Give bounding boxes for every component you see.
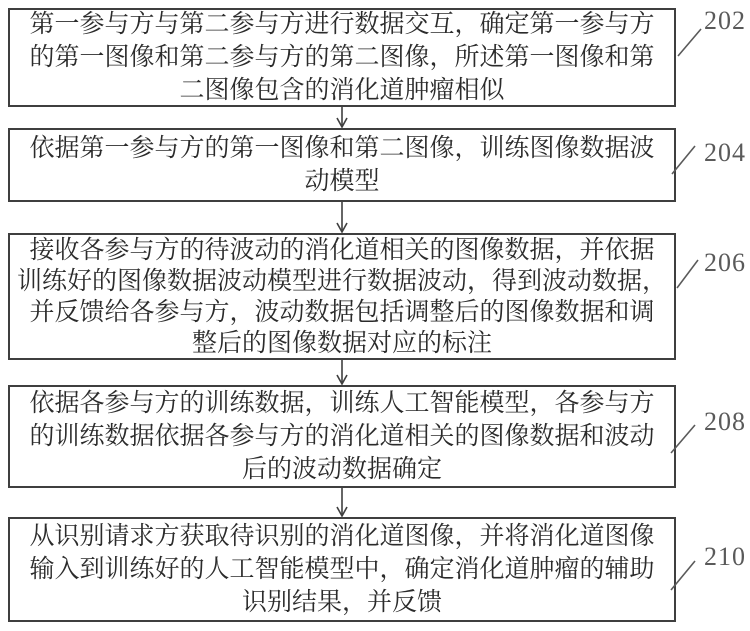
step-text-line: 的训练数据依据各参与方的消化道相关的图像数据和波动 — [29, 420, 654, 453]
flow-arrow-3 — [337, 360, 347, 384]
step-text-line: 二图像包含的消化道肿瘤相似 — [179, 74, 504, 107]
step-text-line: 动模型 — [304, 165, 379, 198]
step-number-204: 204 — [704, 140, 750, 166]
step-text-line: 接收各参与方的待波动的消化道相关的图像数据，并依据 — [29, 235, 654, 266]
flow-step-208-box: 依据各参与方的训练数据，训练人工智能模型，各参与方 的训练数据依据各参与方的消化… — [8, 385, 676, 488]
step-text-line: 第一参与方与第二参与方进行数据交互，确定第一参与方 — [29, 8, 654, 41]
step-text-line: 依据各参与方的训练数据，训练人工智能模型，各参与方 — [29, 387, 654, 420]
step-text-line: 识别结果，并反馈 — [242, 586, 442, 619]
flow-step-206-box: 接收各参与方的待波动的消化道相关的图像数据，并依据 训练好的图像数据波动模型进行… — [8, 233, 676, 360]
flow-arrow-2 — [337, 202, 347, 232]
step-text-line: 训练好的图像数据波动模型进行数据波动，得到波动数据， — [17, 266, 667, 297]
step-number-206: 206 — [704, 250, 750, 276]
flow-step-202-box: 第一参与方与第二参与方进行数据交互，确定第一参与方 的第一图像和第二参与方的第二… — [8, 8, 676, 107]
flow-step-204-box: 依据第一参与方的第一图像和第二图像，训练图像数据波 动模型 — [8, 128, 676, 202]
step-text-line: 后的波动数据确定 — [242, 453, 442, 486]
step-text-line: 整后的图像数据对应的标注 — [192, 328, 492, 359]
leader-line-206 — [677, 260, 698, 288]
step-text-line: 输入到训练好的人工智能模型中，确定消化道肿瘤的辅助 — [29, 553, 654, 586]
leader-line-202 — [678, 29, 701, 56]
step-number-208: 208 — [704, 409, 750, 435]
step-text-line: 并反馈给各参与方，波动数据包括调整后的图像数据和调 — [29, 297, 654, 328]
flow-arrow-1 — [337, 107, 347, 127]
step-text-line: 从识别请求方获取待识别的消化道图像，并将消化道图像 — [29, 520, 654, 553]
step-number-202: 202 — [704, 8, 750, 34]
step-text-line: 依据第一参与方的第一图像和第二图像，训练图像数据波 — [29, 132, 654, 165]
flow-step-210-box: 从识别请求方获取待识别的消化道图像，并将消化道图像 输入到训练好的人工智能模型中… — [8, 517, 676, 622]
step-text-line: 的第一图像和第二参与方的第二图像，所述第一图像和第 — [29, 41, 654, 74]
step-number-210: 210 — [704, 544, 750, 570]
flow-arrow-4 — [337, 488, 347, 516]
flowchart-figure: 第一参与方与第二参与方进行数据交互，确定第一参与方 的第一图像和第二参与方的第二… — [0, 0, 750, 631]
